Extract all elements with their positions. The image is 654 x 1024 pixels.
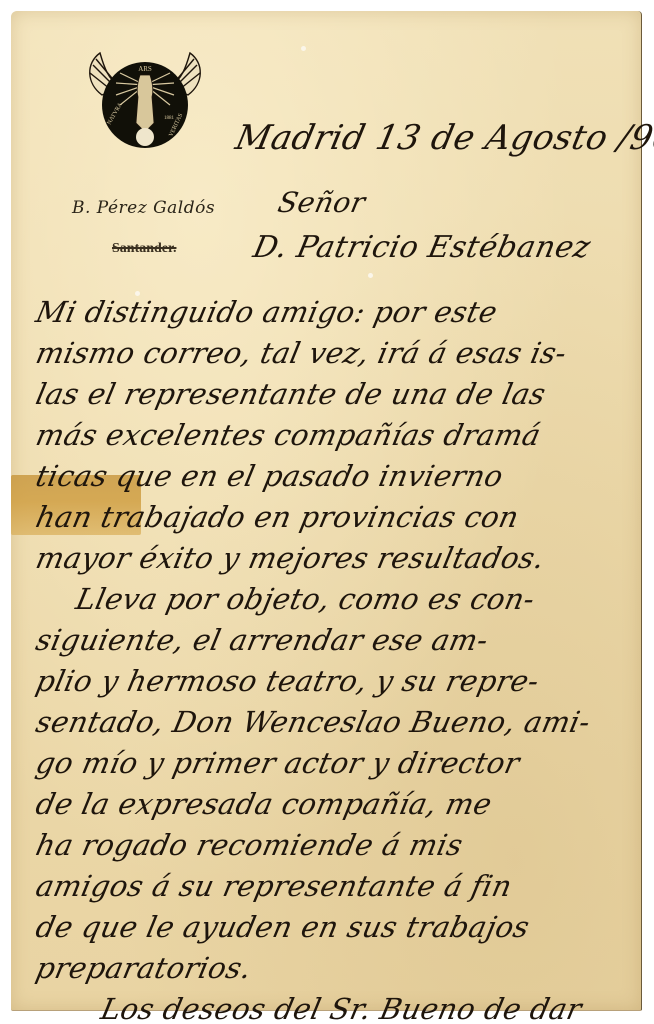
letter-body: Mi distinguido amigo: por este mismo cor… bbox=[32, 292, 632, 1024]
body-line: go mío y primer actor y director bbox=[32, 743, 641, 784]
body-line: Los deseos del Sr. Bueno de dar bbox=[32, 989, 641, 1024]
body-line: las el representante de una de las bbox=[32, 374, 641, 415]
winged-seal-emblem-icon: ARS NATVRA VERITAS 1881 bbox=[80, 45, 210, 155]
recipient-name: D. Patricio Estébanez bbox=[250, 230, 594, 265]
body-line: han trabajado en provincias con bbox=[32, 497, 641, 538]
body-line: siguiente, el arrendar ese am- bbox=[32, 620, 641, 661]
body-line: de que le ayuden en sus trabajos bbox=[32, 907, 641, 948]
body-line: Mi distinguido amigo: por este bbox=[32, 292, 641, 333]
body-line: preparatorios. bbox=[32, 948, 641, 989]
pinhole bbox=[301, 46, 306, 51]
svg-text:ARS: ARS bbox=[138, 65, 152, 73]
letterhead-city-struck: Santander. bbox=[112, 241, 176, 257]
salutation-title: Señor bbox=[275, 186, 369, 219]
body-line: plio y hermoso teatro, y su repre- bbox=[32, 661, 641, 702]
body-line: sentado, Don Wenceslao Bueno, ami- bbox=[32, 702, 641, 743]
body-line: ha rogado recomiende á mis bbox=[32, 825, 641, 866]
pinhole bbox=[368, 273, 373, 278]
letter-date: Madrid 13 de Agosto /96. bbox=[232, 118, 654, 158]
body-line: mismo correo, tal vez, irá á esas is- bbox=[32, 333, 641, 374]
body-line: Lleva por objeto, como es con- bbox=[32, 579, 641, 620]
body-line: más excelentes compañías dramá bbox=[32, 415, 641, 456]
svg-text:1881: 1881 bbox=[164, 116, 175, 121]
body-line: mayor éxito y mejores resultados. bbox=[32, 538, 641, 579]
body-line: ticas que en el pasado invierno bbox=[32, 456, 641, 497]
body-line: de la expresada compañía, me bbox=[32, 784, 641, 825]
letterhead-author-name: B. Pérez Galdós bbox=[72, 198, 215, 218]
body-line: amigos á su representante á fin bbox=[32, 866, 641, 907]
